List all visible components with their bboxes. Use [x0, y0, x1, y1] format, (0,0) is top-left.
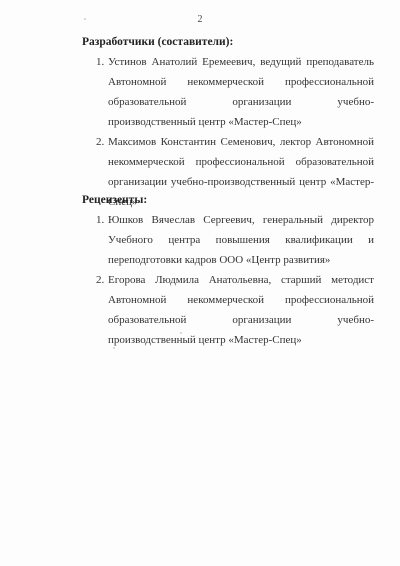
- scan-speck: [84, 18, 86, 20]
- reviewers-heading: Рецензенты:: [82, 190, 374, 210]
- reviewer-item: 2. Егорова Людмила Анатольевна, старший …: [82, 270, 374, 350]
- page-number: 2: [0, 14, 400, 25]
- scan-speck: [180, 332, 182, 334]
- developers-list: 1. Устинов Анатолий Еремеевич, ведущий п…: [82, 52, 374, 212]
- developer-text: Устинов Анатолий Еремеевич, ведущий преп…: [108, 56, 374, 128]
- list-number: 1.: [96, 210, 104, 230]
- developers-section: Разработчики (составители): 1. Устинов А…: [82, 32, 374, 212]
- reviewer-item: 1. Юшков Вячеслав Сергеевич, генеральный…: [82, 210, 374, 270]
- reviewers-list: 1. Юшков Вячеслав Сергеевич, генеральный…: [82, 210, 374, 350]
- reviewer-text: Егорова Людмила Анатольевна, старший мет…: [108, 274, 374, 346]
- list-number: 2.: [96, 270, 104, 290]
- developer-item: 1. Устинов Анатолий Еремеевич, ведущий п…: [82, 52, 374, 132]
- list-number: 2.: [96, 132, 104, 152]
- reviewer-text: Юшков Вячеслав Сергеевич, генеральный ди…: [108, 214, 374, 266]
- developers-heading: Разработчики (составители):: [82, 32, 374, 52]
- document-page: 2 Разработчики (составители): 1. Устинов…: [0, 0, 400, 566]
- list-number: 1.: [96, 52, 104, 72]
- reviewers-section: Рецензенты: 1. Юшков Вячеслав Сергеевич,…: [82, 190, 374, 350]
- scan-speck: [113, 347, 115, 349]
